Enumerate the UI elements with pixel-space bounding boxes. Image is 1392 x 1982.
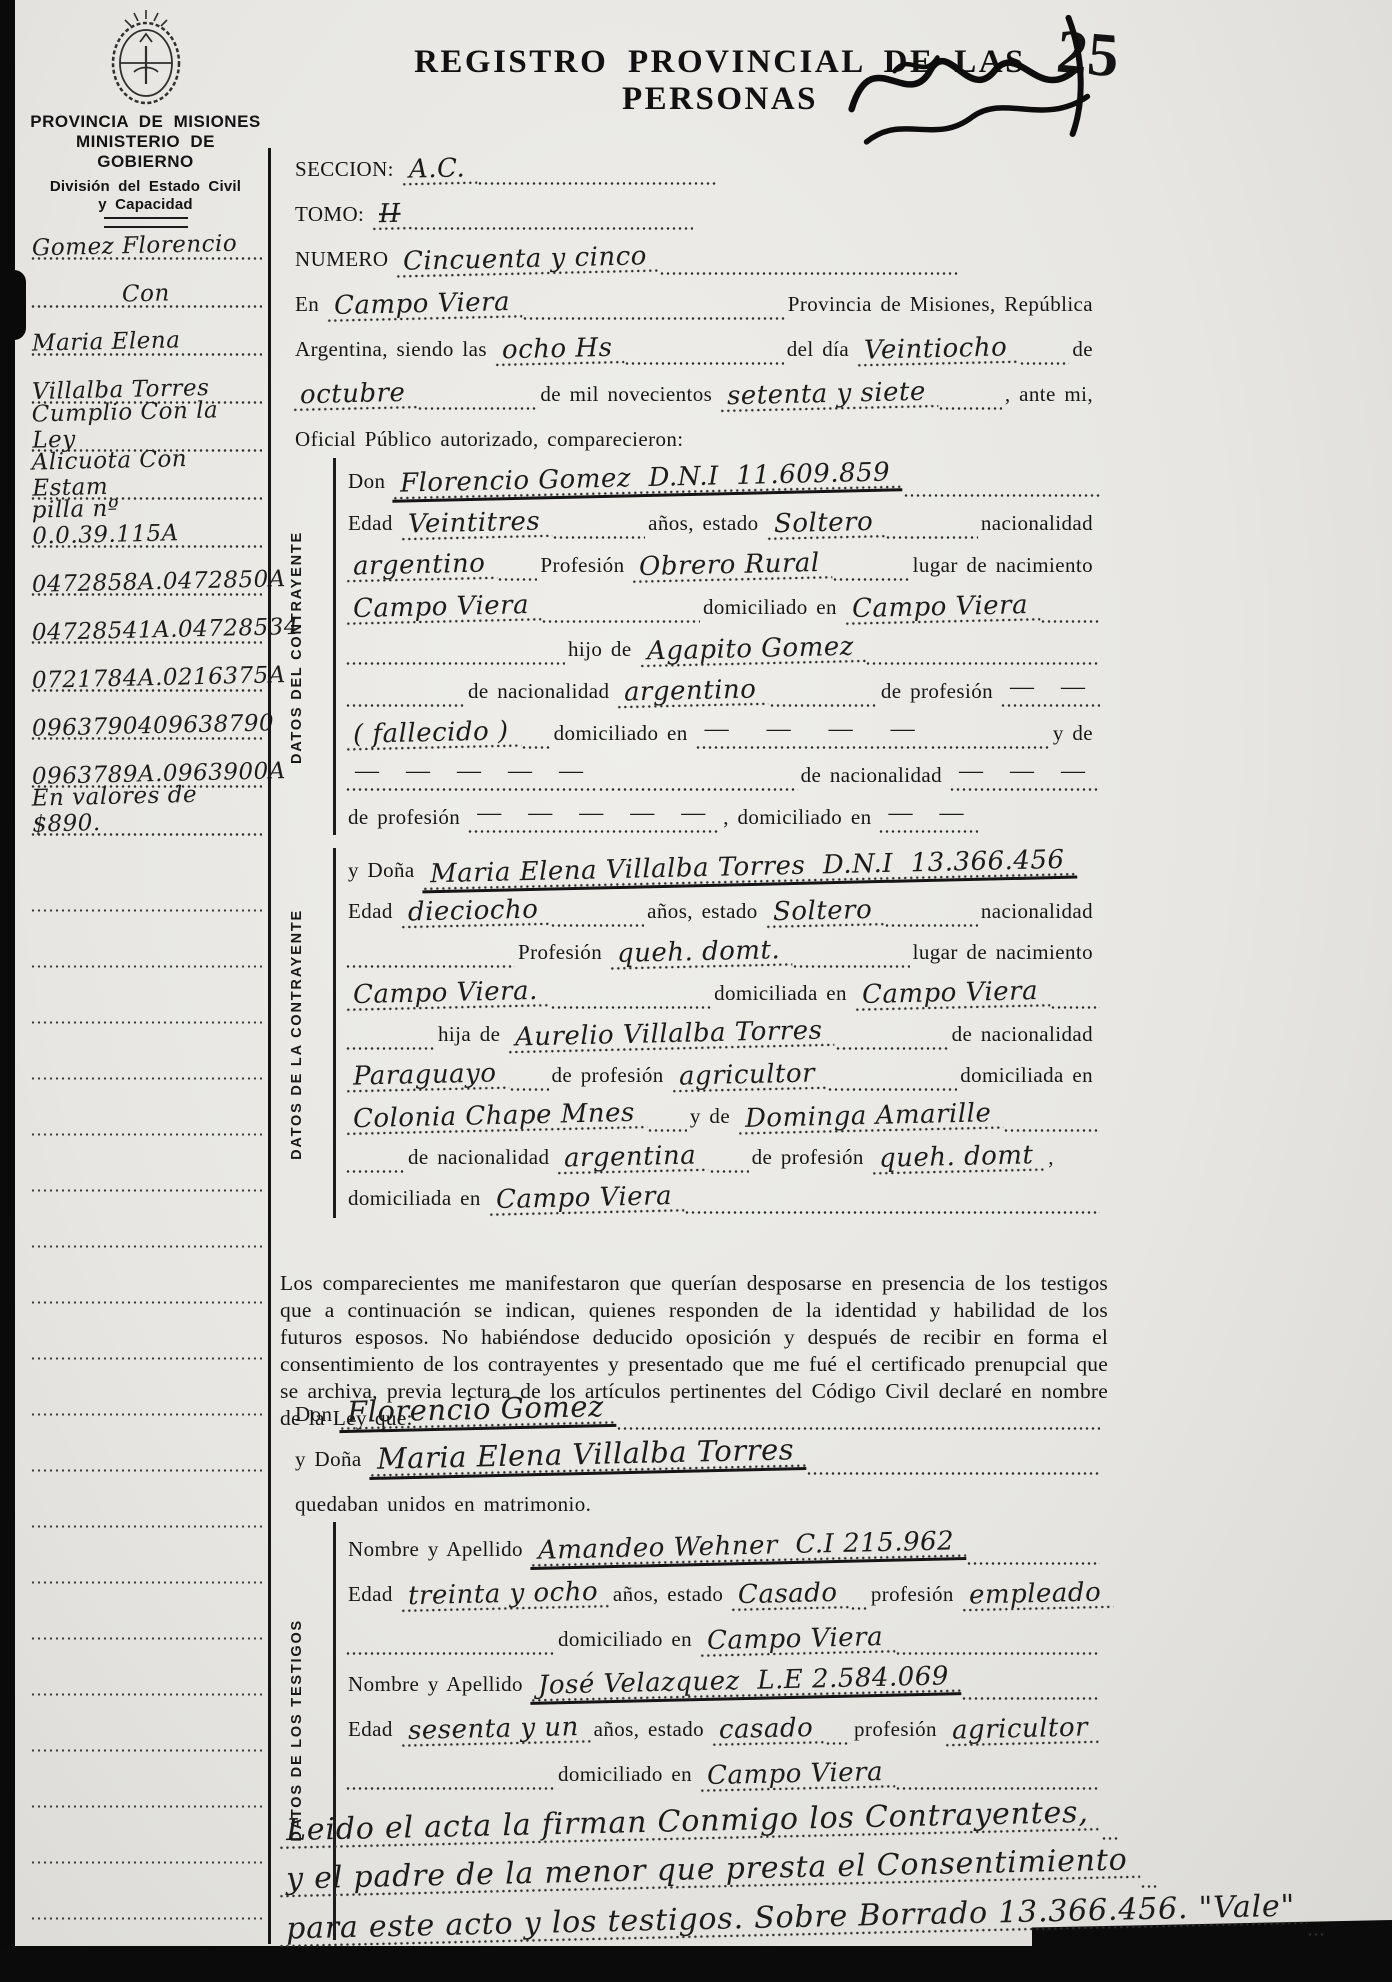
padre-value: Agapito Gomez [638, 631, 866, 667]
decl-dona-label: y Doña [292, 1447, 369, 1475]
margin-note-text: Maria Elena [30, 327, 183, 357]
form-row: SECCION:A.C. [292, 140, 1100, 185]
empty-dotted-line [30, 1080, 262, 1136]
testigo1-prof-label: profesión [868, 1582, 961, 1610]
seccion-value: A.C. [401, 153, 478, 186]
dotted-blank [835, 1009, 949, 1050]
dotted-blank [509, 1050, 549, 1091]
empty-dotted-line [30, 1528, 262, 1584]
form-row: Profesiónqueh. domt.lugar de nacimiento [345, 927, 1100, 968]
dia-label: del día [784, 337, 856, 365]
domicilio-label: domiciliado en [700, 595, 844, 623]
nacimiento-label: lugar de nacimiento [910, 553, 1100, 581]
margin-note-text: 0963790409638790 [30, 710, 277, 743]
empty-dotted-line [30, 1640, 262, 1696]
dotted-blank [345, 1132, 405, 1173]
form-row: ( fallecido )domiciliado en— — — —y de [345, 707, 1100, 749]
testigo1-nombre-label: Nombre y Apellido [345, 1537, 530, 1565]
dotted-blank [345, 1009, 435, 1050]
coat-of-arms [100, 6, 192, 106]
margin-note: 0963790409638790 [30, 692, 262, 740]
margin-note: pilla nº 0.0.39.115A [30, 500, 262, 548]
form-row: hija deAurelio Villalba Torresde naciona… [345, 1009, 1100, 1050]
oficial-label: Oficial Público autorizado, compareciero… [292, 427, 691, 455]
form-row: de nacionalidadargentinade profesiónqueh… [345, 1132, 1100, 1173]
dotted-blank [541, 581, 700, 623]
dotted-blank [345, 1610, 555, 1655]
testigo1-estado-label: años, estado [610, 1582, 730, 1610]
form-row: Campo Viera.domiciliada enCampo Viera [345, 968, 1100, 1009]
padre2-dom-label: domiciliada en [957, 1063, 1100, 1091]
form-row: Colonia Chape Mnesy deDominga Amarille [345, 1091, 1100, 1132]
dotted-blank [345, 623, 565, 665]
madre-dom-label: , domiciliado en [720, 805, 878, 833]
profesion2-label: Profesión [515, 940, 609, 968]
nacimiento2-value: Campo Viera. [345, 976, 550, 1012]
testigo2-estado-label: años, estado [591, 1717, 711, 1745]
testigo1-dom-label: domiciliado en [555, 1627, 699, 1655]
form-row: y DoñaMaria Elena Villalba Torres D.N.I … [345, 845, 1100, 886]
dotted-blank [1019, 320, 1069, 365]
tomo-value: II [371, 199, 413, 231]
section-bracket-contrayente2 [333, 848, 336, 1218]
dotted-blank [709, 1132, 749, 1173]
dotted-blank [903, 455, 1100, 497]
decl-matrimonio-label: quedaban unidos en matrimonio. [292, 1492, 598, 1520]
form-row: TOMO:II [292, 185, 1100, 230]
estado2-label: años, estado [644, 899, 764, 927]
form-row: domiciliado enCampo Viera [345, 1745, 1100, 1790]
handwritten-dash: — — — — — [345, 758, 598, 791]
empty-dotted-line [30, 856, 262, 912]
margin-note: Gomez Florencio [30, 212, 262, 260]
nacimiento-value: Campo Viera [345, 590, 542, 625]
margin-empty-lines [30, 856, 262, 1920]
margin-note-text: Con [120, 280, 172, 308]
hora-value: ocho Hs [494, 333, 625, 367]
section-label-contrayente2: DATOS DE LA CONTRAYENTE [278, 850, 316, 1218]
handwritten-dash: — — [1000, 674, 1100, 707]
testigo1-nombre-value: Amandeo Wehner C.I 215.962 [530, 1526, 967, 1570]
margin-note: 0472858A.0472850A [30, 548, 262, 596]
dotted-blank [884, 886, 978, 927]
estado2-value: Soltero [764, 895, 884, 929]
dotted-blank [1040, 581, 1100, 623]
dotted-blank [552, 497, 645, 539]
form-row: Paraguayode profesiónagricultordomicilia… [345, 1050, 1100, 1091]
dotted-blank [1003, 1091, 1100, 1132]
dotted-blank [598, 749, 798, 791]
testigo1-dom-value: Campo Viera [699, 1622, 896, 1657]
testigo2-edad-label: Edad [345, 1717, 400, 1745]
testigo2-nombre-label: Nombre y Apellido [345, 1672, 530, 1700]
form-row: Nombre y ApellidoJosé Velazquez L.E 2.58… [345, 1655, 1100, 1700]
handwritten-dash: — — [878, 800, 978, 833]
dotted-blank [497, 539, 537, 581]
form-contrayente: DonFlorencio Gomez D.N.I 11.609.859EdadV… [345, 455, 1100, 833]
ante-mi-label: , ante mi, [1002, 382, 1100, 410]
dotted-blank [522, 275, 785, 320]
padre2-label: hija de [435, 1022, 507, 1050]
numero-value: Cincuenta y cinco [395, 241, 660, 278]
dotted-blank [966, 1520, 1100, 1565]
form-row: y DoñaMaria Elena Villalba Torres [292, 1430, 1100, 1475]
dotted-blank [413, 185, 693, 230]
form-label: , [1045, 1145, 1061, 1173]
testigo2-prof-value: agricultor [944, 1712, 1101, 1747]
margin-note-text: 04728541A.04728534 [30, 614, 302, 647]
form-row: y el padre de la menor que presta el Con… [278, 1840, 1106, 1888]
dotted-blank [1101, 1792, 1119, 1840]
form-row: quedaban unidos en matrimonio. [292, 1475, 1100, 1520]
empty-dotted-line [30, 1752, 262, 1808]
testigo2-estado-value: casado [711, 1713, 826, 1747]
empty-dotted-line [30, 1416, 262, 1472]
form-row: hijo deAgapito Gomez [345, 623, 1100, 665]
form-row: Campo Vieradomiciliado enCampo Viera [345, 581, 1100, 623]
form-row: argentinoProfesiónObrero Rurallugar de n… [345, 539, 1100, 581]
testigo1-edad-label: Edad [345, 1582, 400, 1610]
lugar-value: Campo Viera [326, 287, 523, 322]
ministry-name: MINISTERIO DE GOBIERNO [28, 132, 263, 172]
empty-dotted-line [30, 1024, 262, 1080]
province-name: PROVINCIA DE MISIONES [28, 112, 263, 132]
dotted-blank [417, 365, 537, 410]
dotted-blank [550, 968, 711, 1009]
form-row: EdadVeintitresaños, estadoSolteronaciona… [345, 497, 1100, 539]
madre2-value: Dominga Amarille [737, 1098, 1004, 1135]
dotted-blank [832, 539, 909, 581]
seccion-label: SECCION: [292, 157, 401, 185]
padre-label: hijo de [565, 637, 639, 665]
dotted-blank [930, 707, 1050, 749]
dotted-blank [806, 1430, 1100, 1475]
division-line1: División del Estado Civil [28, 178, 263, 195]
don-label: Don [345, 469, 392, 497]
margin-note-text: 0472858A.0472850A [30, 566, 288, 599]
decl-don-value: Florencio Gomez [339, 1389, 617, 1433]
margin-note: 04728541A.04728534 [30, 596, 262, 644]
nacionalidad2-label: nacionalidad [978, 899, 1100, 927]
form-row: Edadtreinta y ochoaños, estadoCasadoprof… [345, 1565, 1100, 1610]
nacimiento2-label: lugar de nacimiento [910, 940, 1100, 968]
dotted-blank [345, 1745, 555, 1790]
form-row: DonFlorencio Gomez D.N.I 11.609.859 [345, 455, 1100, 497]
empty-dotted-line [30, 1192, 262, 1248]
madre-prof-label: de profesión [345, 805, 467, 833]
edad-value: Veintitres [399, 506, 552, 540]
sidebar-header: PROVINCIA DE MISIONES MINISTERIO DE GOBI… [28, 6, 263, 228]
handwritten-dash: — — — — — [467, 800, 720, 833]
form-row: octubrede mil novecientossetenta y siete… [292, 365, 1100, 410]
dotted-blank [684, 1173, 1100, 1214]
profesion2-value: queh. domt. [609, 935, 793, 970]
dotted-blank [477, 140, 717, 185]
profesion-value: Obrero Rural [631, 548, 832, 584]
form-row: domiciliada enCampo Viera [345, 1173, 1100, 1214]
mes-value: octubre [292, 378, 418, 412]
dia-value: Veintiocho [856, 332, 1020, 367]
anio-label: de mil novecientos [537, 382, 719, 410]
form-row: para este acto y los testigos. Sobre Bor… [278, 1888, 1106, 1936]
anio-value: setenta y siete [719, 377, 939, 413]
padre2-prof-label: de profesión [549, 1063, 671, 1091]
empty-dotted-line [30, 1304, 262, 1360]
scan-edge-left [0, 0, 15, 1982]
dotted-blank [825, 1700, 851, 1745]
padre2-nac-label: de nacionalidad [949, 1022, 1100, 1050]
de-label: de [1069, 337, 1100, 365]
dotted-blank [827, 1050, 957, 1091]
testigo2-dom-label: domiciliado en [555, 1762, 699, 1790]
tomo-label: TOMO: [292, 202, 371, 230]
numero-label: NUMERO [292, 247, 395, 275]
nacionalidad-value: argentino [345, 548, 498, 582]
form-row: Argentina, siendo lasocho Hsdel díaVeint… [292, 320, 1100, 365]
form-row: de nacionalidadargentinode profesión— — [345, 665, 1100, 707]
form-row: — — — — —de nacionalidad— — — [345, 749, 1100, 791]
testigo1-prof-value: empleado [960, 1577, 1113, 1611]
edad-label: Edad [345, 511, 400, 539]
dotted-blank [885, 497, 978, 539]
dotted-blank [345, 927, 515, 968]
madre2-nac-label: de nacionalidad [405, 1145, 556, 1173]
decl-dona-value: Maria Elena Villalba Torres [368, 1432, 806, 1480]
form-row: Oficial Público autorizado, compareciero… [292, 410, 1100, 455]
handwritten-dash: — — — — [695, 716, 930, 749]
edad2-label: Edad [345, 899, 400, 927]
dona-label: y Doña [345, 858, 422, 886]
madre2-label: y de [687, 1104, 737, 1132]
testigo2-nombre-value: José Velazquez L.E 2.584.069 [530, 1661, 962, 1705]
form-row: domiciliado enCampo Viera [345, 1610, 1100, 1655]
dotted-blank [1140, 1840, 1158, 1888]
provincia-label: Provincia de Misiones, República [785, 292, 1100, 320]
empty-dotted-line [30, 1136, 262, 1192]
padre2-nac-value: Paraguayo [345, 1058, 509, 1093]
dotted-blank [895, 1610, 1100, 1655]
section-bracket-contrayente [333, 458, 336, 835]
margin-notes: Gomez FlorencioConMaria ElenaVillalba To… [30, 212, 262, 836]
form-declaration: DonFlorencio Gomezy DoñaMaria Elena Vill… [292, 1385, 1100, 1520]
dotted-blank [792, 927, 909, 968]
dotted-blank [616, 1385, 1100, 1430]
padre-prof-label: de profesión [878, 679, 1000, 707]
margin-note-text: Gomez Florencio [30, 231, 240, 263]
empty-dotted-line [30, 1248, 262, 1304]
madre2-prof-value: queh. domt [870, 1140, 1045, 1175]
form-row: NUMEROCincuenta y cinco [292, 230, 1100, 275]
estado-value: Soltero [765, 507, 885, 541]
madre2-prof-label: de profesión [749, 1145, 871, 1173]
decl-don-label: Don [292, 1402, 339, 1430]
padre-dom-label: domiciliado en [551, 721, 695, 749]
madre2-dom-label: domiciliada en [345, 1186, 488, 1214]
dotted-blank [345, 665, 465, 707]
madre-label: y de [1050, 721, 1100, 749]
hora-label: Argentina, siendo las [292, 337, 494, 365]
dotted-blank [624, 320, 783, 365]
dotted-blank [865, 623, 1100, 665]
profesion-label: Profesión [537, 553, 631, 581]
estado-label: años, estado [645, 511, 765, 539]
lugar-label: En [292, 292, 326, 320]
margin-note: En valores de $890. [30, 788, 262, 836]
form-row: DonFlorencio Gomez [292, 1385, 1100, 1430]
form-row: Edadsesenta y unaños, estadocasadoprofes… [345, 1700, 1100, 1745]
dotted-blank [1307, 1888, 1325, 1936]
dotted-blank [659, 230, 959, 275]
margin-note: Con [30, 260, 262, 308]
empty-dotted-line [30, 968, 262, 1024]
dotted-blank [938, 365, 1002, 410]
margin-note: 0721784A.0216375A [30, 644, 262, 692]
main-divider [268, 148, 271, 1944]
form-row: de profesión— — — — —, domiciliado en— — [345, 791, 1100, 833]
padre2-value: Aurelio Villalba Torres [507, 1015, 835, 1053]
dotted-blank [961, 1655, 1100, 1700]
section-label-contrayente: DATOS DEL CONTRAYENTE [278, 460, 316, 835]
nacionalidad-label: nacionalidad [978, 511, 1100, 539]
scanned-marriage-certificate: REGISTRO PROVINCIAL DE LAS PERSONAS 25 [0, 0, 1392, 1982]
padre2-dom-value: Colonia Chape Mnes [345, 1098, 648, 1136]
margin-note: Maria Elena [30, 308, 262, 356]
margin-note-text: 0721784A.0216375A [30, 662, 288, 695]
padre-nac-value: argentino [616, 674, 769, 708]
dotted-blank [769, 665, 878, 707]
form-row: Nombre y ApellidoAmandeo Wehner C.I 215.… [345, 1520, 1100, 1565]
testigo2-prof-label: profesión [851, 1717, 944, 1745]
madre-nac-label: de nacionalidad [798, 763, 949, 791]
domicilio2-label: domiciliada en [711, 981, 854, 1009]
empty-dotted-line [30, 1472, 262, 1528]
dotted-blank [895, 1745, 1100, 1790]
domicilio2-value: Campo Viera [854, 976, 1051, 1011]
padre-fallecido: ( fallecido ) [345, 716, 521, 751]
form-intro: SECCION:A.C.TOMO:IINUMEROCincuenta y cin… [292, 140, 1100, 455]
testigo1-estado-value: Casado [730, 1578, 850, 1612]
form-row: Leido el acta la firman Conmigo los Cont… [278, 1792, 1106, 1840]
padre-nac-label: de nacionalidad [465, 679, 616, 707]
testigo2-dom-value: Campo Viera [699, 1757, 896, 1792]
empty-dotted-line [30, 1864, 262, 1920]
empty-dotted-line [30, 912, 262, 968]
dotted-blank [521, 707, 551, 749]
padre2-prof-value: agricultor [670, 1058, 827, 1093]
division-line2: y Capacidad [28, 196, 263, 213]
empty-dotted-line [30, 1360, 262, 1416]
dotted-blank [550, 886, 644, 927]
madre2-dom-value: Campo Viera [487, 1181, 684, 1216]
form-testigos: Nombre y ApellidoAmandeo Wehner C.I 215.… [345, 1520, 1100, 1790]
dotted-blank [1050, 968, 1100, 1009]
form-row: EnCampo VieraProvincia de Misiones, Repú… [292, 275, 1100, 320]
testigo2-edad-value: sesenta y un [399, 1712, 591, 1747]
margin-note-text: En valores de $890. [29, 780, 262, 838]
testigo1-edad-value: treinta y ocho [399, 1577, 610, 1613]
edad2-value: dieciocho [399, 894, 550, 928]
empty-dotted-line [30, 1584, 262, 1640]
dotted-blank [850, 1565, 868, 1610]
contrayente-nombre: Florencio Gomez D.N.I 11.609.859 [392, 457, 903, 503]
domicilio-value: Campo Viera [844, 590, 1041, 625]
form-contrayente2: y DoñaMaria Elena Villalba Torres D.N.I … [345, 845, 1100, 1214]
form-closing: Leido el acta la firman Conmigo los Cont… [278, 1792, 1106, 1936]
margin-note-text: pilla nº 0.0.39.115A [29, 492, 262, 550]
dotted-blank [647, 1091, 687, 1132]
empty-dotted-line [30, 1696, 262, 1752]
madre2-nac-value: argentina [556, 1140, 709, 1174]
handwritten-dash: — — — [949, 758, 1100, 791]
empty-dotted-line [30, 1808, 262, 1864]
